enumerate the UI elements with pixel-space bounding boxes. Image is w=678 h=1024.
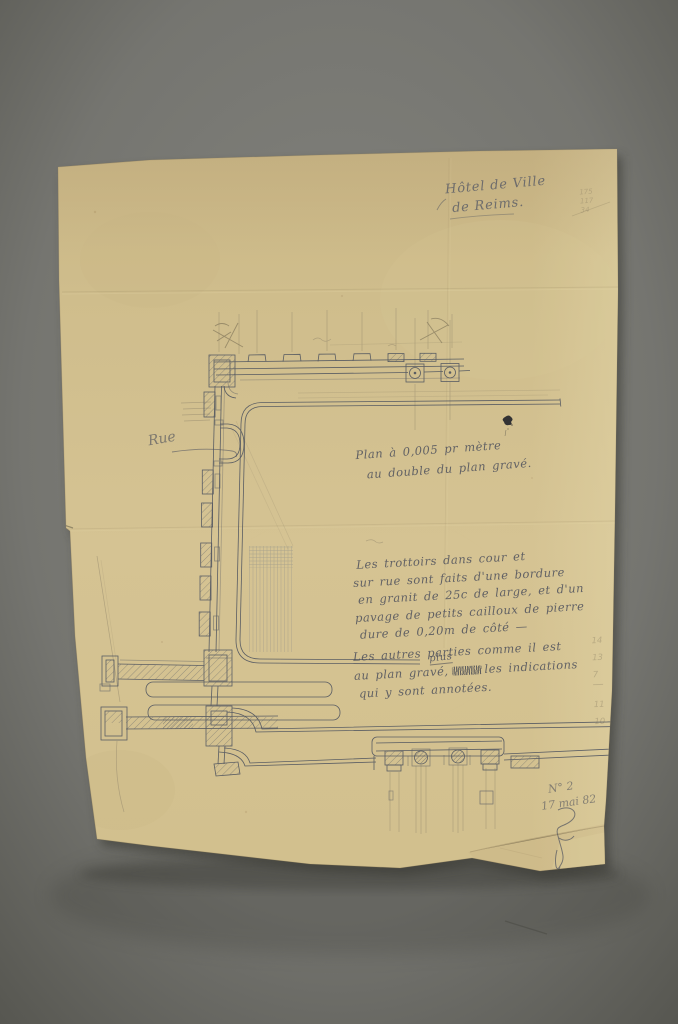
- photographed-document: Hôtel de Ville de Reims. 175 117 34 Rue …: [0, 0, 678, 1024]
- document-paper: [40, 140, 656, 900]
- pavement-texture: [249, 546, 293, 652]
- scene-graphics: [0, 0, 678, 1024]
